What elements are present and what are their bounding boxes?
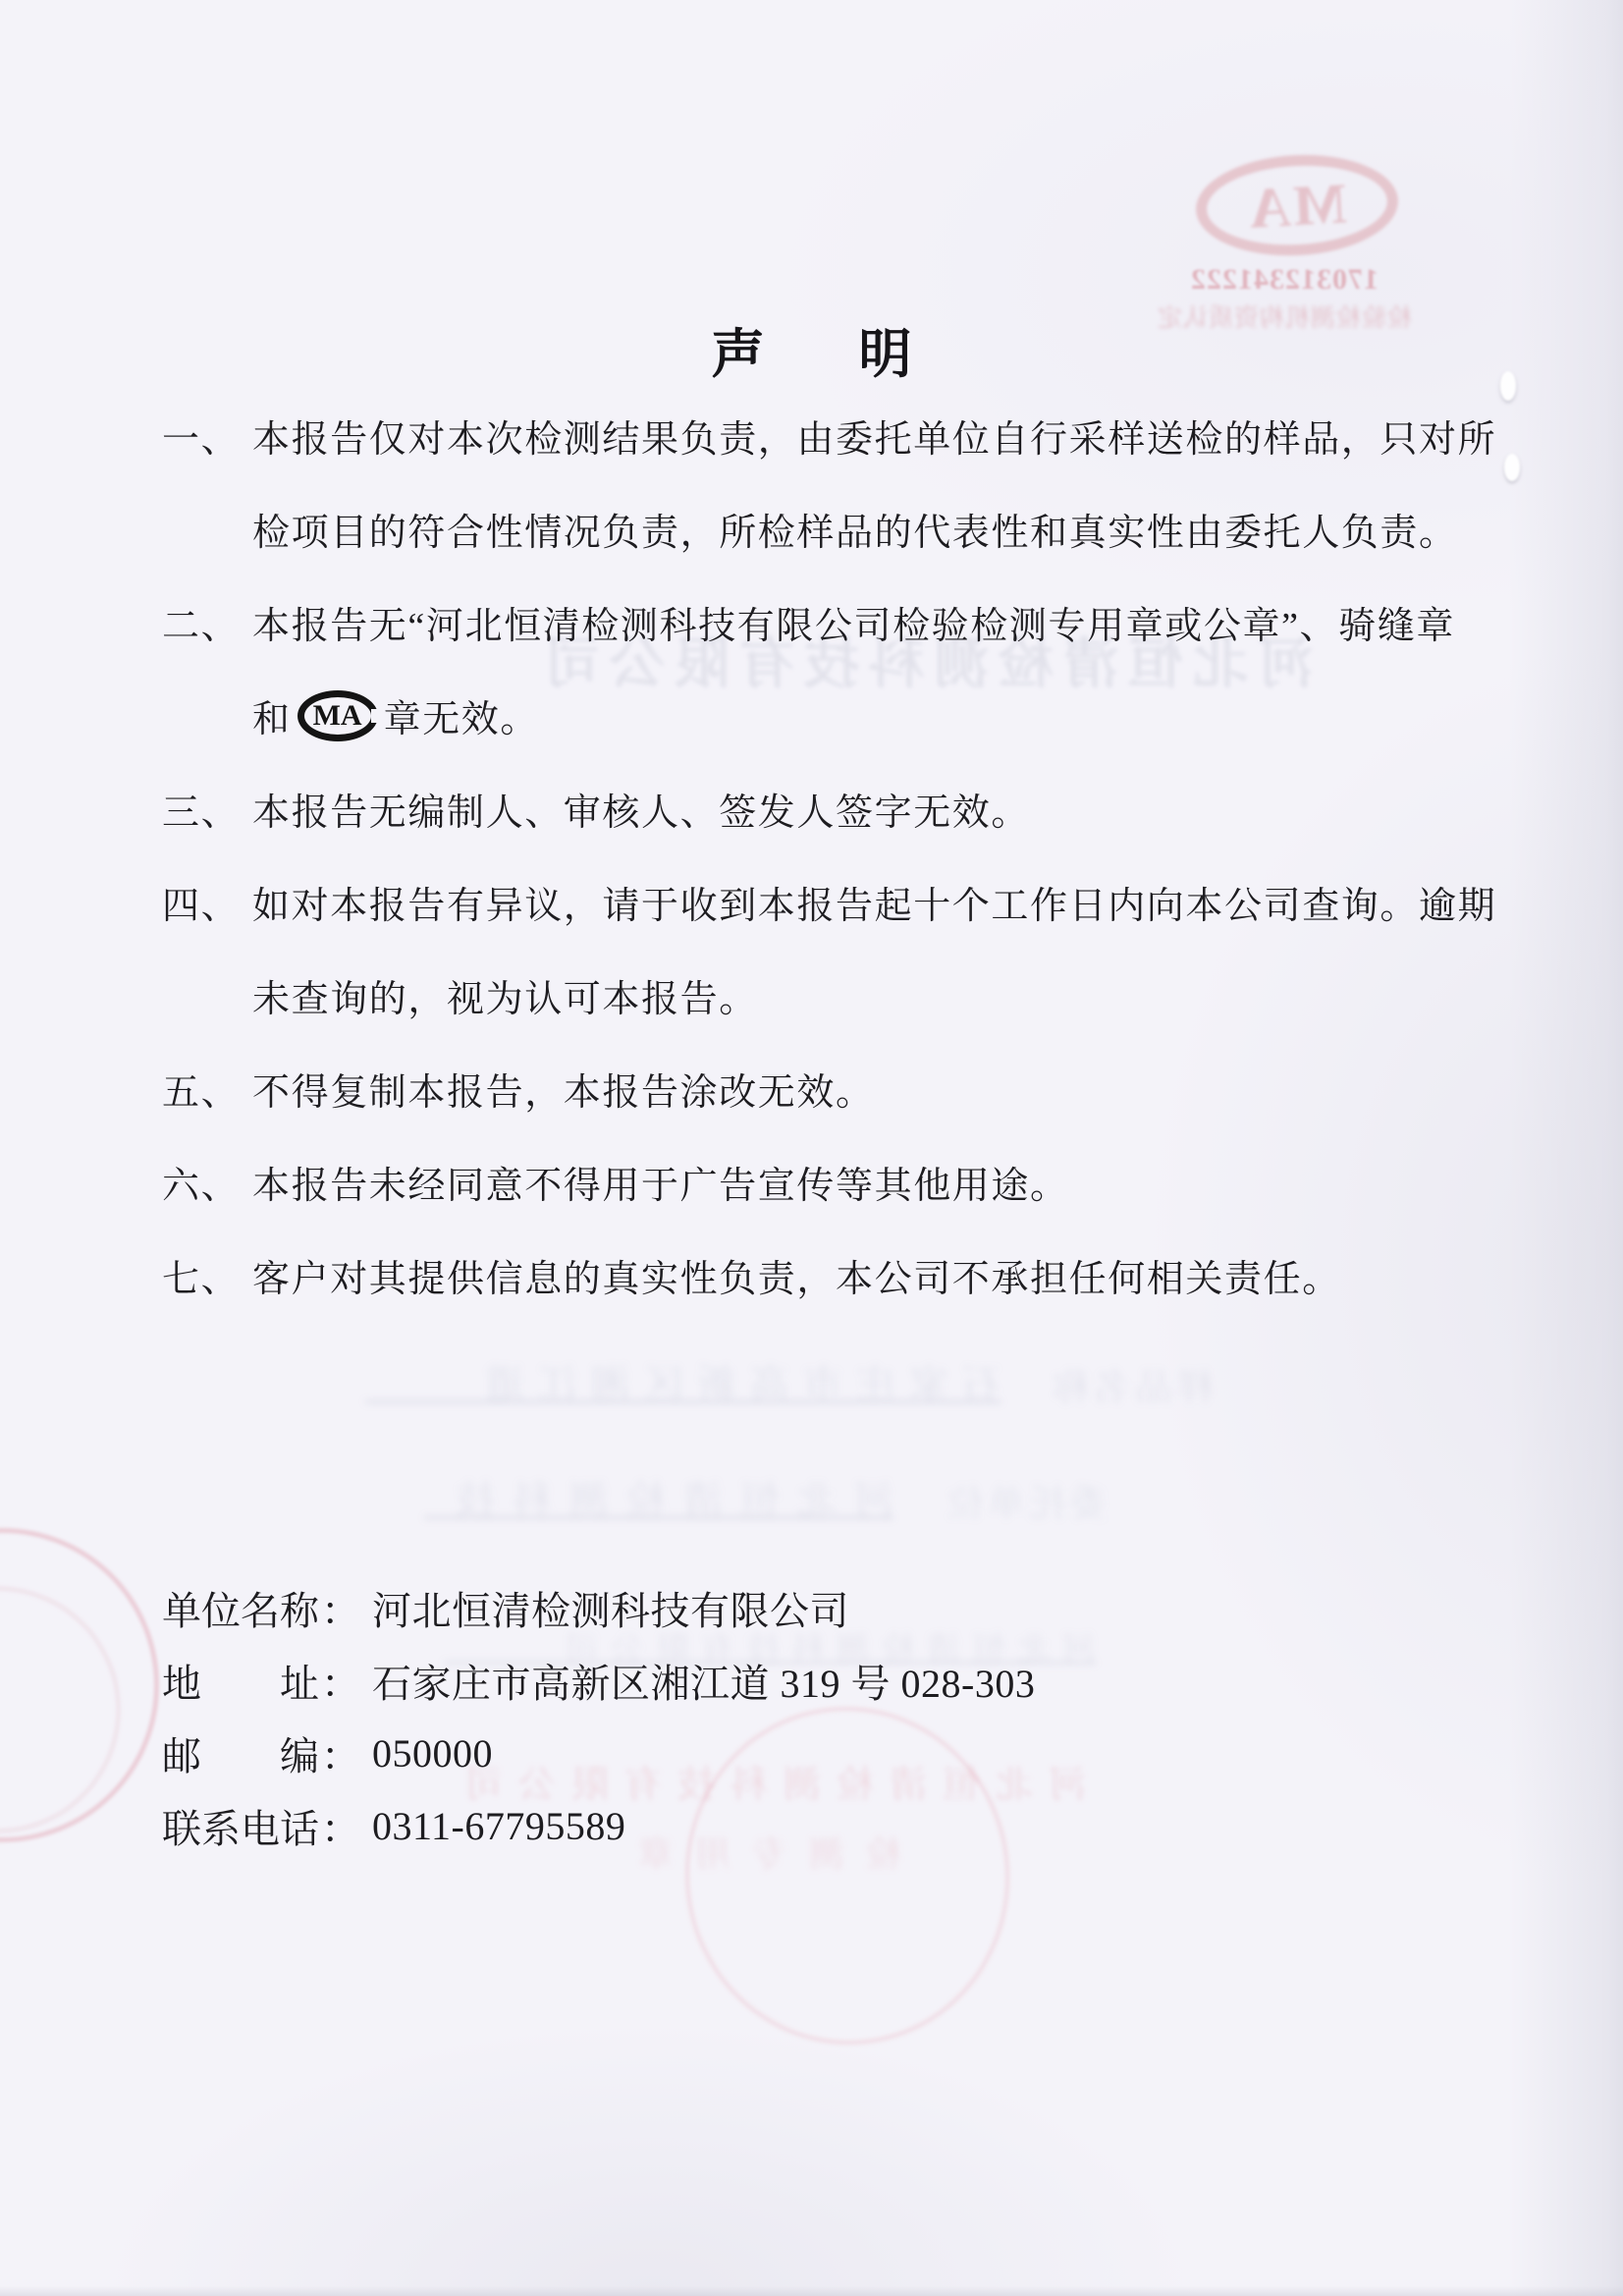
phone-row: 联系电话 ： 0311-67795589 xyxy=(162,1789,1438,1862)
item-number: 一、 xyxy=(162,409,252,463)
statement-item-4-line-2: 未查询的，视为认可本报告。 xyxy=(162,949,1488,1042)
company-name-label: 单位名称 xyxy=(162,1580,321,1636)
item-number: 二、 xyxy=(162,595,252,649)
bleedthrough-field-label-2: 委托单位 xyxy=(943,1473,1108,1527)
company-name-value: 河北恒清检测科技有限公司 xyxy=(372,1580,849,1636)
bleedthrough-cert-number: 170312341222 xyxy=(1157,263,1412,297)
bleedthrough-underlined-line-2: 河北恒清检测科技 xyxy=(424,1469,893,1519)
zip-code-value: 050000 xyxy=(372,1730,493,1777)
item-number: 七、 xyxy=(162,1248,252,1302)
page-title: 声明 xyxy=(0,312,1623,388)
statement-item-5: 五、 不得复制本报告，本报告涂改无效。 xyxy=(162,1042,1488,1135)
statement-item-6: 六、 本报告未经同意不得用于广告宣传等其他用途。 xyxy=(162,1135,1488,1229)
address-label: 地 址 xyxy=(162,1653,321,1709)
statement-item-7: 七、 客户对其提供信息的真实性负责，本公司不承担任何相关责任。 xyxy=(162,1229,1488,1322)
bleedthrough-cma-stamp: MA xyxy=(1193,150,1400,261)
address-row: 地 址 ： 石家庄市高新区湘江道 319 号 028-303 xyxy=(162,1644,1438,1717)
company-name-row: 单位名称 ： 河北恒清检测科技有限公司 xyxy=(162,1571,1438,1644)
zip-code-label: 邮 编 xyxy=(162,1725,321,1781)
statement-item-1-line-2: 检项目的符合性情况负责，所检样品的代表性和真实性由委托人负责。 xyxy=(162,482,1488,575)
bleedthrough-underlined-line-1: 石家庄市高新区湘江道 xyxy=(365,1353,1001,1403)
contact-info-block: 单位名称 ： 河北恒清检测科技有限公司 地 址 ： 石家庄市高新区湘江道 319… xyxy=(162,1571,1438,1862)
scanned-declaration-page: MA 170312341222 检验检测机构资质认定 河北恒清检测科技有限公司 … xyxy=(0,0,1623,2296)
bleedthrough-field-label-1: 样品名称 xyxy=(1049,1357,1214,1411)
item-number: 四、 xyxy=(162,875,252,929)
item-number: 六、 xyxy=(162,1155,252,1209)
item-number: 三、 xyxy=(162,782,252,836)
phone-label: 联系电话 xyxy=(162,1798,321,1854)
statement-item-1-line-1: 一、 本报告仅对本次检测结果负责，由委托单位自行采样送检的样品，只对所 xyxy=(162,389,1488,482)
item-number: 五、 xyxy=(162,1062,252,1116)
statement-item-3: 三、 本报告无编制人、审核人、签发人签字无效。 xyxy=(162,762,1488,855)
statement-item-2-line-1: 二、 本报告无“河北恒清检测科技有限公司检验检测专用章或公章”、骑缝章 xyxy=(162,575,1488,669)
address-value: 石家庄市高新区湘江道 319 号 028-303 xyxy=(372,1653,1035,1709)
statement-item-2-line-2: 和 MA 章无效。 xyxy=(162,669,1488,762)
binding-hole-mark-bottom xyxy=(1504,454,1520,481)
statement-item-4-line-1: 四、 如对本报告有异议，请于收到本报告起十个工作日内向本公司查询。逾期 xyxy=(162,855,1488,949)
phone-value: 0311-67795589 xyxy=(372,1803,625,1849)
bleedthrough-left-edge-stamp-inner xyxy=(0,1587,120,1832)
cma-logo-icon: MA xyxy=(298,690,378,741)
statement-list: 一、 本报告仅对本次检测结果负责，由委托单位自行采样送检的样品，只对所 检项目的… xyxy=(162,389,1488,1322)
bleedthrough-cma-text: MA xyxy=(1246,170,1348,241)
zip-code-row: 邮 编 ： 050000 xyxy=(162,1717,1438,1789)
bleedthrough-left-edge-stamp xyxy=(0,1528,159,1842)
